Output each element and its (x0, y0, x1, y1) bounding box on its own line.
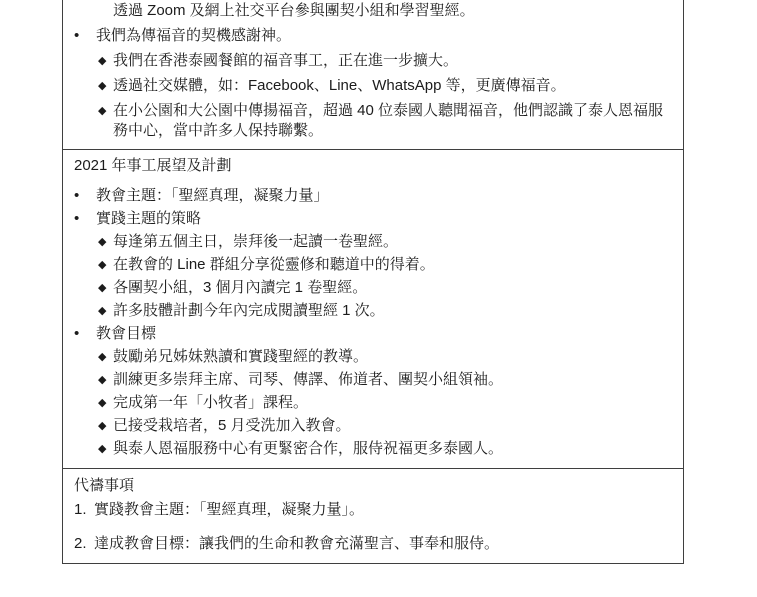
report-table: 透過 Zoom 及網上社交平台參與團契小組和學習聖經。•我們為傳福音的契機感謝神… (62, 0, 684, 564)
diamond-icon: ◆ (98, 416, 113, 436)
item-text: 在小公園和大公園中傳揚福音，超過 40 位泰國人聽聞福音，他們認識了泰人恩福服務… (113, 101, 669, 141)
list-item: ◆我們在香港泰國餐館的福音事工，正在進一步擴大。 (74, 51, 669, 71)
diamond-icon: ◆ (98, 232, 113, 252)
item-text: 透過社交媒體，如：Facebook、Line、WhatsApp 等，更廣傳福音。 (113, 76, 669, 96)
section-heading: 代禱事項 (74, 476, 669, 496)
item-text: 鼓勵弟兄姊妹熟讀和實踐聖經的教導。 (113, 347, 669, 367)
item-text: 每逢第五個主日，崇拜後一起讀一卷聖經。 (113, 232, 669, 252)
diamond-icon: ◆ (98, 393, 113, 413)
diamond-icon: ◆ (98, 51, 113, 71)
list-item-continuation: 透過 Zoom 及網上社交平台參與團契小組和學習聖經。 (74, 1, 669, 21)
list-item: ◆完成第一年「小牧者」課程。 (74, 393, 669, 413)
list-item: •教會主題：「聖經真理，凝聚力量」 (74, 186, 669, 206)
diamond-icon: ◆ (98, 76, 113, 96)
item-text: 完成第一年「小牧者」課程。 (113, 393, 669, 413)
bullet-icon: • (74, 209, 96, 229)
item-number: 1. (74, 500, 94, 520)
list-item: ◆透過社交媒體，如：Facebook、Line、WhatsApp 等，更廣傳福音… (74, 76, 669, 96)
list-item: ◆與泰人恩福服務中心有更緊密合作，服侍祝福更多泰國人。 (74, 439, 669, 459)
list-item: ◆在教會的 Line 群組分享從靈修和聽道中的得着。 (74, 255, 669, 275)
diamond-icon: ◆ (98, 439, 113, 459)
item-text: 已接受栽培者，5 月受洗加入教會。 (113, 416, 669, 436)
table-row-outlook-2021: 2021 年事工展望及計劃•教會主題：「聖經真理，凝聚力量」•實踐主題的策略◆每… (63, 149, 683, 468)
table-row-ministry-review: 透過 Zoom 及網上社交平台參與團契小組和學習聖經。•我們為傳福音的契機感謝神… (63, 0, 683, 149)
diamond-icon: ◆ (98, 278, 113, 298)
item-text: 實踐教會主題：「聖經真理，凝聚力量」。 (94, 500, 669, 520)
item-text: 在教會的 Line 群組分享從靈修和聽道中的得着。 (113, 255, 669, 275)
diamond-icon: ◆ (98, 347, 113, 367)
list-item: 2.達成教會目標：讓我們的生命和教會充滿聖言、事奉和服侍。 (74, 534, 669, 554)
item-text: 我們在香港泰國餐館的福音事工，正在進一步擴大。 (113, 51, 669, 71)
item-text: 教會目標 (96, 324, 669, 344)
bullet-icon: • (74, 324, 96, 344)
item-text: 各團契小組，3 個月內讀完 1 卷聖經。 (113, 278, 669, 298)
diamond-icon: ◆ (98, 301, 113, 321)
item-text: 教會主題：「聖經真理，凝聚力量」 (96, 186, 669, 206)
list-item: ◆訓練更多崇拜主席、司琴、傳譯、佈道者、團契小組領袖。 (74, 370, 669, 390)
diamond-icon: ◆ (98, 101, 113, 121)
bullet-icon: • (74, 186, 96, 206)
item-number: 2. (74, 534, 94, 554)
list-item: ◆鼓勵弟兄姊妹熟讀和實踐聖經的教導。 (74, 347, 669, 367)
list-item: 1.實踐教會主題：「聖經真理，凝聚力量」。 (74, 500, 669, 520)
section-heading: 2021 年事工展望及計劃 (74, 156, 669, 176)
list-item: ◆在小公園和大公園中傳揚福音，超過 40 位泰國人聽聞福音，他們認識了泰人恩福服… (74, 101, 669, 141)
item-text: 訓練更多崇拜主席、司琴、傳譯、佈道者、團契小組領袖。 (113, 370, 669, 390)
list-item: •實踐主題的策略 (74, 209, 669, 229)
list-item: ◆每逢第五個主日，崇拜後一起讀一卷聖經。 (74, 232, 669, 252)
item-text: 許多肢體計劃今年內完成閱讀聖經 1 次。 (113, 301, 669, 321)
item-text: 與泰人恩福服務中心有更緊密合作，服侍祝福更多泰國人。 (113, 439, 669, 459)
list-item: ◆許多肢體計劃今年內完成閱讀聖經 1 次。 (74, 301, 669, 321)
list-item: ◆已接受栽培者，5 月受洗加入教會。 (74, 416, 669, 436)
item-text: 我們為傳福音的契機感謝神。 (96, 26, 669, 46)
diamond-icon: ◆ (98, 255, 113, 275)
list-item: ◆各團契小組，3 個月內讀完 1 卷聖經。 (74, 278, 669, 298)
document-page: { "colors": { "border": "#3f3f3f", "text… (0, 0, 757, 597)
diamond-icon: ◆ (98, 370, 113, 390)
item-text: 達成教會目標：讓我們的生命和教會充滿聖言、事奉和服侍。 (94, 534, 669, 554)
item-text: 實踐主題的策略 (96, 209, 669, 229)
bullet-icon: • (74, 26, 96, 46)
table-row-prayer-items: 代禱事項1.實踐教會主題：「聖經真理，凝聚力量」。2.達成教會目標：讓我們的生命… (63, 468, 683, 563)
list-item: •我們為傳福音的契機感謝神。 (74, 26, 669, 46)
list-item: •教會目標 (74, 324, 669, 344)
